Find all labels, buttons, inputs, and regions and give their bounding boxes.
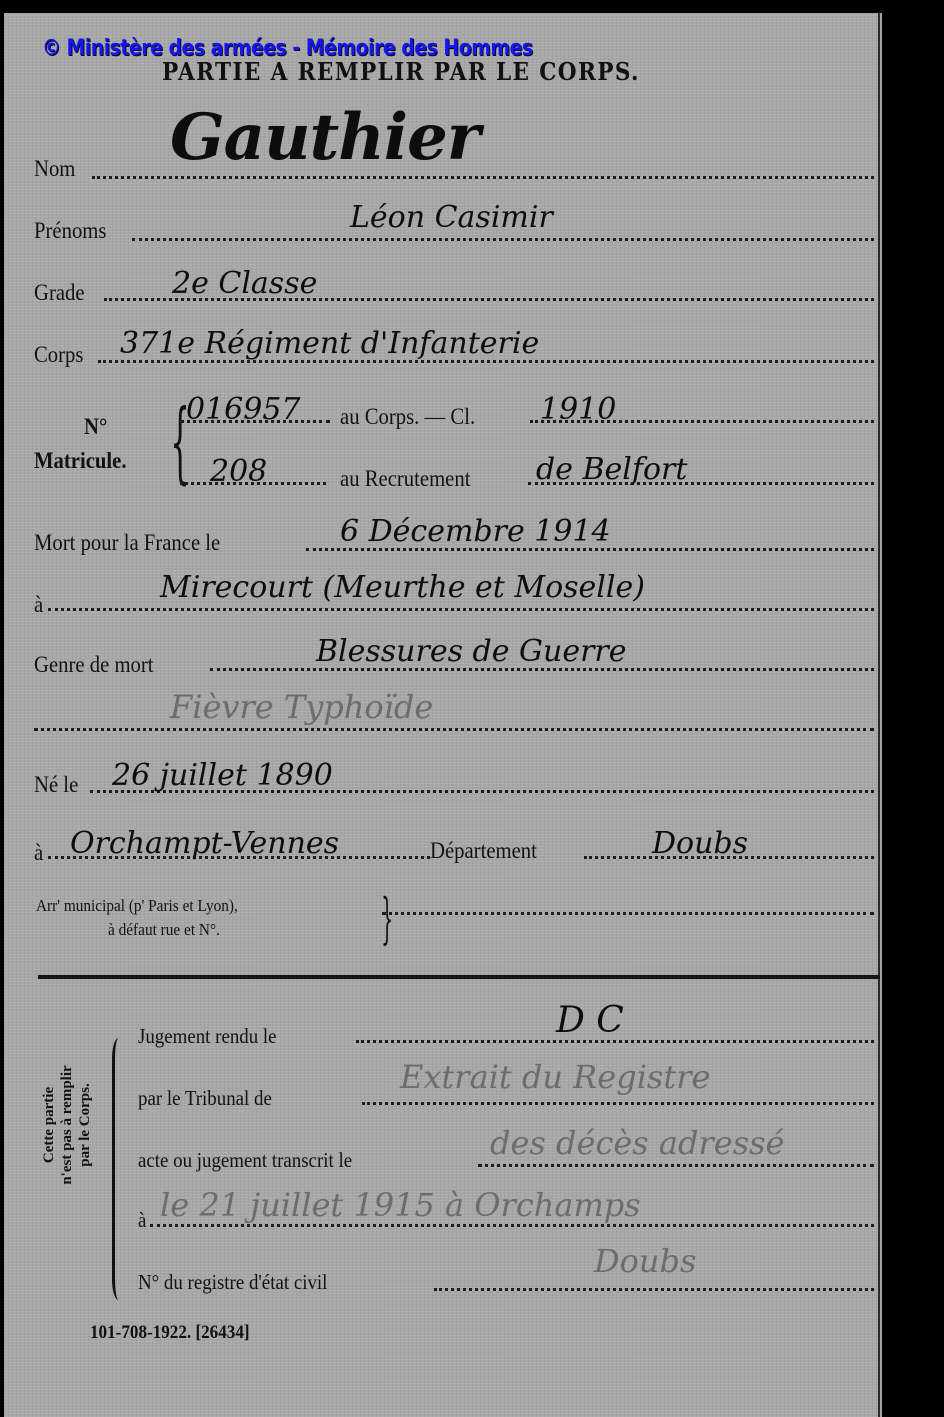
lower-brace — [112, 1038, 125, 1300]
label-au-recrutement: au Recrutement — [340, 466, 470, 492]
label-arr-municipal-1: Arr' municipal (p' Paris et Lyon), — [36, 896, 238, 916]
label-ne-le: Né le — [34, 772, 78, 798]
line-arr-municipal — [382, 912, 874, 915]
value-nom: Gauthier — [170, 100, 480, 175]
value-tribunal: Extrait du Registre — [400, 1058, 710, 1096]
form-title: PARTIE A REMPLIR PAR LE CORPS. — [162, 57, 640, 86]
line-tribunal — [362, 1102, 874, 1105]
value-naissance-lieu: Orchampt-Vennes — [70, 826, 339, 861]
label-matricule: Matricule. — [34, 448, 127, 474]
line-a — [150, 1224, 874, 1227]
value-matricule-corps: 016957 — [186, 392, 301, 427]
value-classe: 1910 — [540, 392, 616, 427]
label-a: à — [138, 1208, 146, 1233]
side-note-line-1: Cette partie — [40, 995, 58, 1255]
arr-brace: } — [381, 892, 393, 946]
side-note-line-3: par le Corps. — [76, 995, 94, 1255]
value-corps: 371e Régiment d'Infanterie — [120, 326, 539, 361]
card-edge — [878, 13, 880, 1417]
label-tribunal: par le Tribunal de — [138, 1086, 272, 1111]
label-corps: Corps — [34, 342, 83, 368]
value-mort-date: 6 Décembre 1914 — [340, 514, 611, 549]
line-genre-mort-2 — [34, 728, 874, 731]
value-registre: Doubs — [594, 1242, 696, 1280]
value-matricule-recrutement: 208 — [210, 454, 267, 489]
side-note-line-2: n'est pas à remplir — [58, 995, 76, 1255]
value-genre-mort-correction: Fièvre Typhoïde — [170, 688, 433, 726]
value-mort-lieu: Mirecourt (Meurthe et Moselle) — [160, 570, 645, 605]
label-mort-a: à — [34, 592, 43, 618]
line-prenoms — [132, 238, 874, 241]
form-reference: 101-708-1922. [26434] — [90, 1322, 250, 1344]
value-naissance-date: 26 juillet 1890 — [112, 758, 333, 793]
label-mort-le: Mort pour la France le — [34, 530, 220, 556]
label-jugement: Jugement rendu le — [138, 1024, 277, 1049]
label-departement: Département — [430, 838, 537, 864]
label-arr-municipal-2: à défaut rue et N°. — [108, 920, 220, 940]
value-grade: 2e Classe — [172, 266, 317, 301]
line-nom — [92, 176, 874, 179]
line-mort-a — [48, 608, 874, 611]
value-transcrit: des décès adressé — [490, 1124, 784, 1162]
value-prenoms: Léon Casimir — [350, 200, 553, 235]
label-ne-a: à — [34, 840, 43, 866]
label-transcrit: acte ou jugement transcrit le — [138, 1148, 352, 1173]
value-jugement: D C — [556, 1000, 624, 1041]
value-a: le 21 juillet 1915 à Orchamps — [160, 1186, 641, 1224]
label-genre-mort: Genre de mort — [34, 652, 154, 678]
label-grade: Grade — [34, 280, 85, 306]
value-genre-mort: Blessures de Guerre — [316, 634, 627, 669]
label-prenoms: Prénoms — [34, 218, 106, 244]
label-matricule-no: N° — [84, 414, 107, 440]
value-recrutement: de Belfort — [536, 452, 687, 487]
line-registre — [434, 1288, 874, 1291]
label-registre: N° du registre d'état civil — [138, 1270, 327, 1295]
value-departement: Doubs — [652, 826, 748, 861]
side-note: Cette partie n'est pas à remplir par le … — [40, 995, 94, 1255]
label-au-corps: au Corps. — Cl. — [340, 404, 475, 430]
line-transcrit — [478, 1164, 874, 1167]
label-nom: Nom — [34, 156, 75, 182]
section-divider — [38, 975, 880, 979]
